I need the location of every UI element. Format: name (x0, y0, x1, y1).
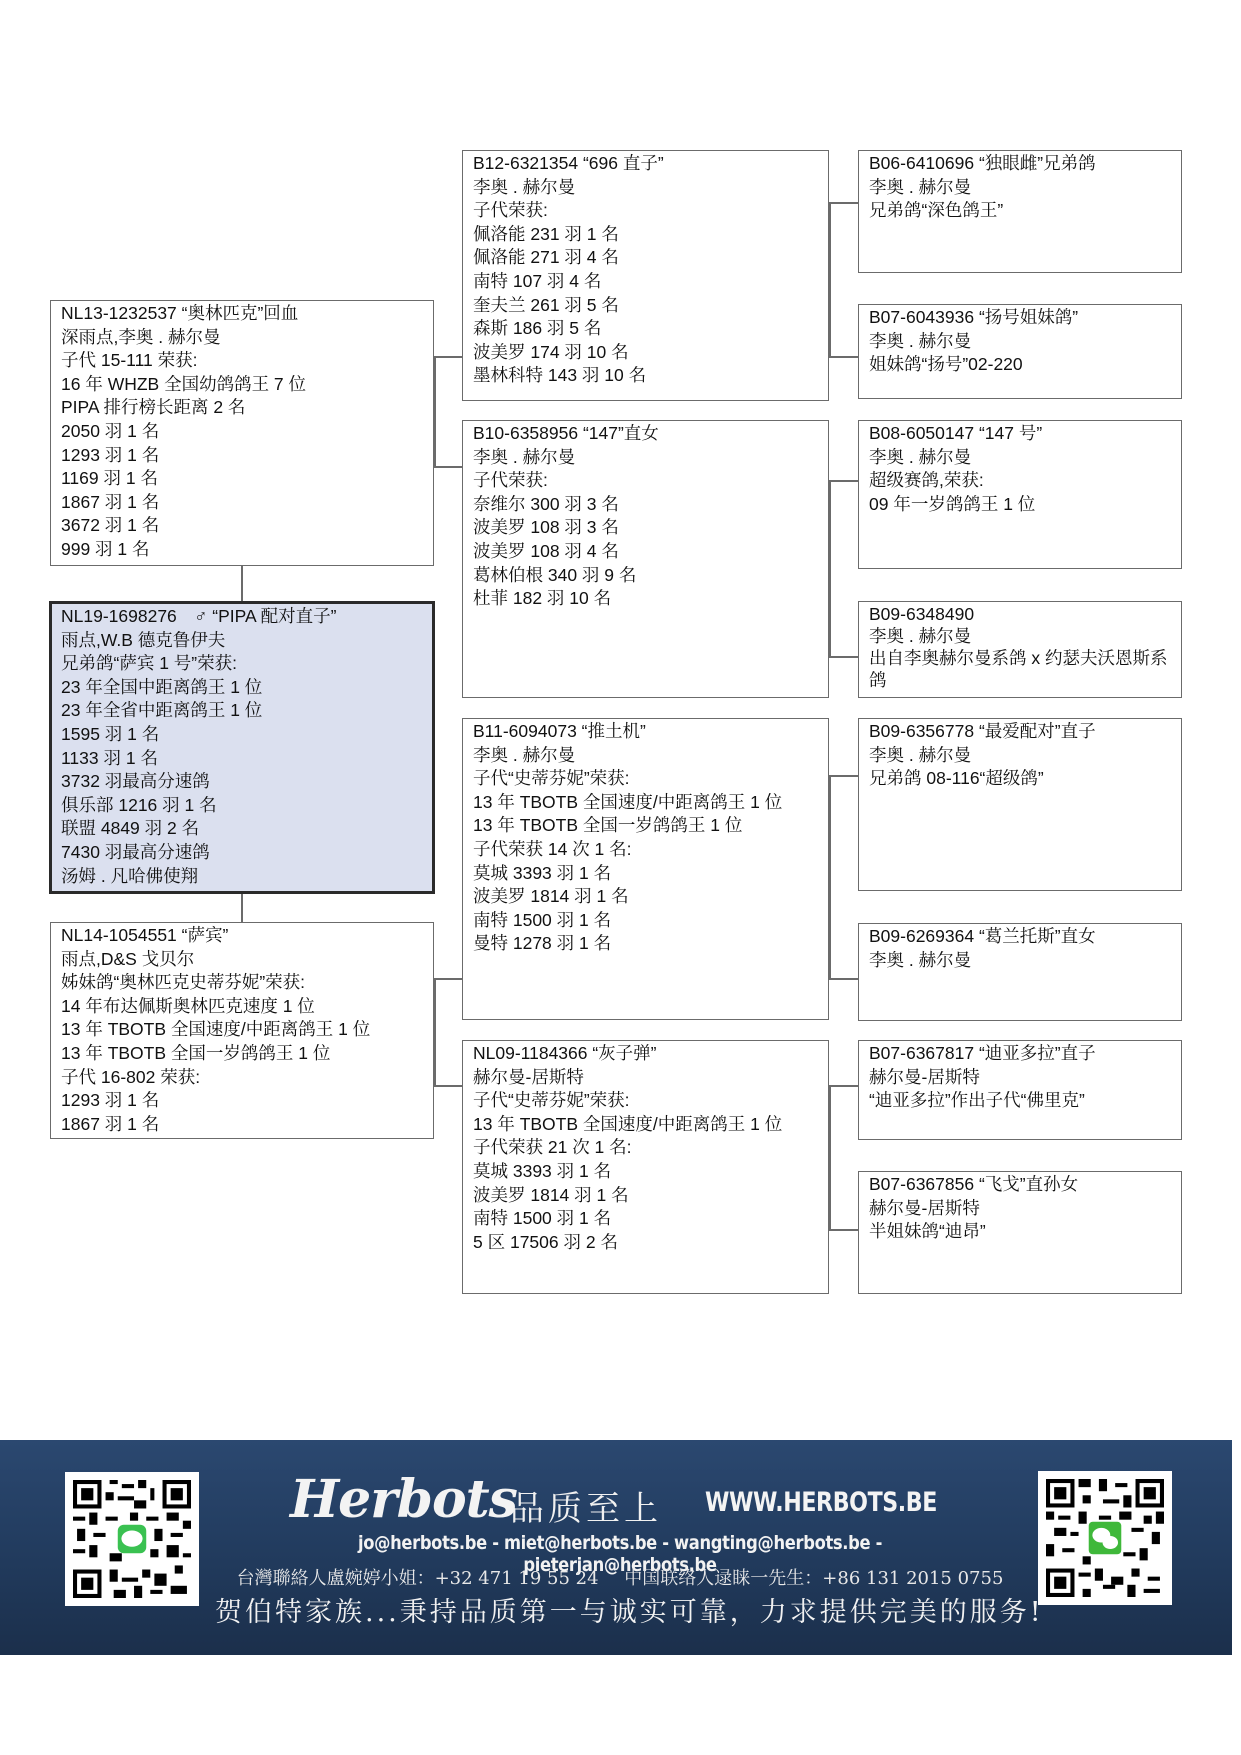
pedigree-line: 李奥 . 赫尔曼 (473, 446, 818, 470)
pedigree-line: 赫尔曼-居斯特 (869, 1066, 1171, 1090)
pigeon-ring-number: B07-6367817 “迪亚多拉”直子 (869, 1042, 1171, 1066)
connector-line (829, 1085, 858, 1087)
pedigree-line: 李奥 . 赫尔曼 (869, 625, 1171, 647)
connector-line (829, 1085, 831, 1229)
pedigree-line: 墨林科特 143 羽 10 名 (473, 364, 818, 388)
pedigree-line: 李奥 . 赫尔曼 (473, 176, 818, 200)
pedigree-line: 子代荣获: (473, 469, 818, 493)
pedigree-line: 李奥 . 赫尔曼 (473, 744, 818, 768)
pedigree-line: 佩洛能 231 羽 1 名 (473, 223, 818, 247)
pedigree-line: 波美罗 1814 羽 1 名 (473, 885, 818, 909)
pedigree-line: 13 年 TBOTB 全国速度/中距离鸽王 1 位 (473, 791, 818, 815)
pedigree-line: 葛林伯根 340 羽 9 名 (473, 564, 818, 588)
pedigree-line: 汤姆 . 凡哈佛使翔 (61, 865, 422, 889)
website-link[interactable]: WWW.HERBOTS.BE (705, 1487, 937, 1518)
pedigree-line: 1867 羽 1 名 (61, 1113, 423, 1137)
pedigree-line: 14 年布达佩斯奥林匹克速度 1 位 (61, 995, 423, 1019)
pedigree-line: 曼特 1278 羽 1 名 (473, 932, 818, 956)
pedigree-line: 雨点,W.B 德克鲁伊夫 (61, 629, 422, 653)
pedigree-line: 雨点,D&S 戈贝尔 (61, 948, 423, 972)
connector-line (241, 566, 243, 601)
connector-line (434, 978, 436, 1085)
pedigree-line: 子代荣获 14 次 1 名: (473, 838, 818, 862)
pedigree-line: 1867 羽 1 名 (61, 491, 423, 515)
great-grandparent-card-2: B07-6043936 “扬号姐妹鸽”李奥 . 赫尔曼姐妹鸽“扬号”02-220 (858, 304, 1182, 399)
connector-line (434, 466, 462, 468)
pedigree-line: 奎夫兰 261 羽 5 名 (473, 294, 818, 318)
pedigree-line: 李奥 . 赫尔曼 (869, 949, 1171, 973)
pedigree-line: 5 区 17506 羽 2 名 (473, 1231, 818, 1255)
pedigree-line: 16 年 WHZB 全国幼鸽鸽王 7 位 (61, 373, 423, 397)
pedigree-line: 姐妹鸽“扬号”02-220 (869, 353, 1171, 377)
pedigree-line: 半姐妹鸽“迪昂” (869, 1220, 1171, 1244)
pigeon-ring-number: NL09-1184366 “灰子弹” (473, 1042, 818, 1066)
pedigree-line: 莫城 3393 羽 1 名 (473, 1160, 818, 1184)
pedigree-line: 7430 羽最高分速鸽 (61, 841, 422, 865)
pedigree-line: 3732 羽最高分速鸽 (61, 770, 422, 794)
pedigree-line: 兄弟鸽 08-116“超级鸽” (869, 767, 1171, 791)
pigeon-ring-number: B08-6050147 “147 号” (869, 422, 1171, 446)
grandparent-card-3: B11-6094073 “推土机”李奥 . 赫尔曼子代“史蒂芬妮”荣获:13 年… (462, 718, 829, 1020)
brand-slogan: 品质至上 (510, 1481, 662, 1530)
great-grandparent-card-7: B07-6367817 “迪亚多拉”直子赫尔曼-居斯特“迪亚多拉”作出子代“佛里… (858, 1040, 1182, 1140)
pedigree-line: 兄弟鸽“萨宾 1 号”荣获: (61, 652, 422, 676)
pedigree-line: 杜菲 182 羽 10 名 (473, 587, 818, 611)
pedigree-line: 1293 羽 1 名 (61, 444, 423, 468)
pedigree-line: 森斯 186 羽 5 名 (473, 317, 818, 341)
connector-line (829, 978, 858, 980)
pedigree-line: 联盟 4849 羽 2 名 (61, 817, 422, 841)
pigeon-ring-number: B10-6358956 “147”直女 (473, 422, 818, 446)
connector-line (829, 480, 858, 482)
great-grandparent-card-8: B07-6367856 “飞戈”直孙女赫尔曼-居斯特半姐妹鸽“迪昂” (858, 1171, 1182, 1294)
pedigree-line: 子代 16-802 荣获: (61, 1066, 423, 1090)
pedigree-line: 超级赛鸽,荣获: (869, 469, 1171, 493)
pedigree-line: 1169 羽 1 名 (61, 467, 423, 491)
qr-code-icon (73, 1480, 191, 1598)
grandparent-card-1: B12-6321354 “696 直子”李奥 . 赫尔曼子代荣获:佩洛能 231… (462, 150, 829, 401)
wechat-qr-code[interactable] (1038, 1471, 1172, 1605)
pedigree-line: 莫城 3393 羽 1 名 (473, 862, 818, 886)
pedigree-line: 3672 羽 1 名 (61, 514, 423, 538)
tagline: 贺伯特家族...秉持品质第一与诚实可靠，力求提供完美的服务! (215, 1590, 1025, 1629)
connector-line (434, 978, 462, 980)
pedigree-line: 23 年全国中距离鸽王 1 位 (61, 676, 422, 700)
pedigree-line: 13 年 TBOTB 全国一岁鸽鸽王 1 位 (473, 814, 818, 838)
pedigree-line: 999 羽 1 名 (61, 538, 423, 562)
great-grandparent-card-6: B09-6269364 “葛兰托斯”直女李奥 . 赫尔曼 (858, 923, 1182, 1021)
pedigree-line: 子代“史蒂芬妮”荣获: (473, 767, 818, 791)
connector-line (241, 894, 243, 922)
connector-line (829, 202, 858, 204)
pedigree-line: 李奥 . 赫尔曼 (869, 744, 1171, 768)
pedigree-line: 出自李奥赫尔曼系鸽 x 约瑟夫沃恩斯系鸽 (869, 647, 1171, 691)
connector-line (434, 356, 436, 466)
pedigree-line: 子代荣获: (473, 199, 818, 223)
pedigree-line: 赫尔曼-居斯特 (869, 1197, 1171, 1221)
pedigree-line: 南特 107 羽 4 名 (473, 270, 818, 294)
pedigree-line: PIPA 排行榜长距离 2 名 (61, 396, 423, 420)
grandparent-card-4: NL09-1184366 “灰子弹”赫尔曼-居斯特子代“史蒂芬妮”荣获:13 年… (462, 1040, 829, 1294)
pedigree-line: 奈维尔 300 羽 3 名 (473, 493, 818, 517)
pedigree-line: 俱乐部 1216 羽 1 名 (61, 794, 422, 818)
pedigree-line: 深雨点,李奥 . 赫尔曼 (61, 326, 423, 350)
pedigree-line: 南特 1500 羽 1 名 (473, 1207, 818, 1231)
great-grandparent-card-3: B08-6050147 “147 号”李奥 . 赫尔曼超级赛鸽,荣获:09 年一… (858, 420, 1182, 569)
qr-code-icon (1046, 1479, 1164, 1597)
pedigree-line: 波美罗 174 羽 10 名 (473, 341, 818, 365)
contact-china: 中国联络人逯睐一先生：+86 131 2015 0755 (624, 1568, 1003, 1589)
pigeon-ring-number: B07-6367856 “飞戈”直孙女 (869, 1173, 1171, 1197)
subject-pigeon-card: NL19-1698276 ♂ “PIPA 配对直子”雨点,W.B 德克鲁伊夫兄弟… (49, 601, 435, 894)
line-qr-code[interactable] (65, 1472, 199, 1606)
pedigree-line: 1595 羽 1 名 (61, 723, 422, 747)
footer-banner: Herbots 品质至上 WWW.HERBOTS.BE jo@herbots.b… (0, 1440, 1232, 1655)
great-grandparent-card-5: B09-6356778 “最爱配对”直子李奥 . 赫尔曼兄弟鸽 08-116“超… (858, 718, 1182, 891)
pedigree-line: 波美罗 108 羽 4 名 (473, 540, 818, 564)
pedigree-line: 子代“史蒂芬妮”荣获: (473, 1089, 818, 1113)
pedigree-line: 波美罗 1814 羽 1 名 (473, 1184, 818, 1208)
pigeon-ring-number: B12-6321354 “696 直子” (473, 152, 818, 176)
pigeon-ring-number: B09-6348490 (869, 603, 1171, 625)
pigeon-ring-number: NL14-1054551 “萨宾” (61, 924, 423, 948)
sire-card: NL13-1232537 “奥林匹克”回血深雨点,李奥 . 赫尔曼子代 15-1… (50, 300, 434, 566)
dam-card: NL14-1054551 “萨宾”雨点,D&S 戈贝尔姊妹鸽“奥林匹克史蒂芬妮”… (50, 922, 434, 1139)
connector-line (829, 480, 831, 656)
great-grandparent-card-4: B09-6348490李奥 . 赫尔曼出自李奥赫尔曼系鸽 x 约瑟夫沃恩斯系鸽 (858, 601, 1182, 698)
connector-line (829, 202, 831, 356)
pedigree-line: 佩洛能 271 羽 4 名 (473, 246, 818, 270)
connector-line (434, 356, 462, 358)
connector-line (829, 356, 858, 358)
pedigree-line: 09 年一岁鸽鸽王 1 位 (869, 493, 1171, 517)
pedigree-line: 13 年 TBOTB 全国速度/中距离鸽王 1 位 (61, 1018, 423, 1042)
connector-line (434, 1085, 462, 1087)
pedigree-line: 南特 1500 羽 1 名 (473, 909, 818, 933)
contact-phones: 台灣聯絡人盧婉婷小姐：+32 471 19 55 24 中国联络人逯睐一先生：+… (225, 1564, 1015, 1590)
pedigree-line: 23 年全省中距离鸽王 1 位 (61, 699, 422, 723)
contact-taiwan: 台灣聯絡人盧婉婷小姐：+32 471 19 55 24 (237, 1568, 599, 1589)
pedigree-line: 李奥 . 赫尔曼 (869, 330, 1171, 354)
pigeon-ring-number: NL13-1232537 “奥林匹克”回血 (61, 302, 423, 326)
pedigree-line: “迪亚多拉”作出子代“佛里克” (869, 1089, 1171, 1113)
connector-line (829, 775, 831, 978)
pedigree-line: 姊妹鸽“奥林匹克史蒂芬妮”荣获: (61, 971, 423, 995)
pedigree-line: 1293 羽 1 名 (61, 1089, 423, 1113)
pedigree-line: 1133 羽 1 名 (61, 747, 422, 771)
pigeon-ring-number: B09-6356778 “最爱配对”直子 (869, 720, 1171, 744)
pedigree-line: 子代荣获 21 次 1 名: (473, 1136, 818, 1160)
pigeon-ring-number: B07-6043936 “扬号姐妹鸽” (869, 306, 1171, 330)
pedigree-line: 子代 15-111 荣获: (61, 349, 423, 373)
connector-line (829, 1229, 858, 1231)
brand-row: Herbots 品质至上 WWW.HERBOTS.BE (290, 1469, 970, 1529)
pigeon-ring-number: B11-6094073 “推土机” (473, 720, 818, 744)
pedigree-line: 波美罗 108 羽 3 名 (473, 516, 818, 540)
brand-logo: Herbots (290, 1469, 517, 1530)
pedigree-line: 李奥 . 赫尔曼 (869, 446, 1171, 470)
pigeon-ring-number: B09-6269364 “葛兰托斯”直女 (869, 925, 1171, 949)
pedigree-line: 赫尔曼-居斯特 (473, 1066, 818, 1090)
connector-line (829, 775, 858, 777)
pedigree-line: 13 年 TBOTB 全国一岁鸽鸽王 1 位 (61, 1042, 423, 1066)
great-grandparent-card-1: B06-6410696 “独眼雌”兄弟鸽李奥 . 赫尔曼兄弟鸽“深色鸽王” (858, 150, 1182, 273)
grandparent-card-2: B10-6358956 “147”直女李奥 . 赫尔曼子代荣获:奈维尔 300 … (462, 420, 829, 698)
pedigree-line: 兄弟鸽“深色鸽王” (869, 199, 1171, 223)
connector-line (829, 656, 858, 658)
pigeon-ring-number: NL19-1698276 ♂ “PIPA 配对直子” (61, 605, 422, 629)
pedigree-line: 2050 羽 1 名 (61, 420, 423, 444)
pigeon-ring-number: B06-6410696 “独眼雌”兄弟鸽 (869, 152, 1171, 176)
pedigree-line: 李奥 . 赫尔曼 (869, 176, 1171, 200)
pedigree-line: 13 年 TBOTB 全国速度/中距离鸽王 1 位 (473, 1113, 818, 1137)
